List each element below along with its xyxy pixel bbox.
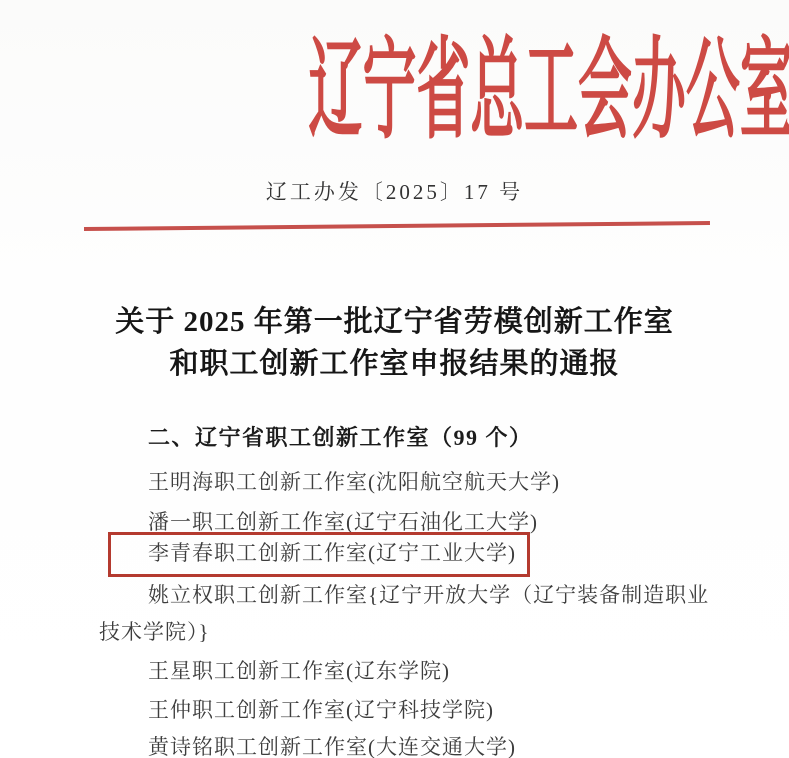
list-item: 王仲职工创新工作室(辽宁科技学院)	[99, 697, 494, 724]
document-title-line-2: 和职工创新工作室申报结果的通报	[0, 343, 789, 385]
scanned-document-page: 辽宁省总工会办公室文件 辽工办发〔2025〕17 号 关于 2025 年第一批辽…	[0, 0, 789, 758]
list-item-highlighted: 李青春职工创新工作室(辽宁工业大学)	[99, 532, 530, 577]
list-item: 王明海职工创新工作室(沈阳航空航天大学)	[99, 469, 560, 496]
highlight-box: 李青春职工创新工作室(辽宁工业大学)	[108, 532, 530, 577]
highlighted-item-text: 李青春职工创新工作室(辽宁工业大学)	[148, 541, 516, 565]
red-divider-line	[84, 221, 710, 231]
list-item: 王星职工创新工作室(辽东学院)	[99, 658, 450, 685]
list-item-line-2: 技术学院）}	[99, 619, 210, 646]
section-heading: 二、辽宁省职工创新工作室（99 个）	[148, 421, 533, 452]
doc-number: 辽工办发〔2025〕17 号	[0, 176, 789, 206]
document-title-line-1: 关于 2025 年第一批辽宁省劳模创新工作室	[0, 301, 789, 343]
document-header-banner: 辽宁省总工会办公室文件	[0, 36, 789, 146]
document-title: 关于 2025 年第一批辽宁省劳模创新工作室 和职工创新工作室申报结果的通报	[0, 301, 789, 385]
list-item: 黄诗铭职工创新工作室(大连交通大学)	[99, 734, 516, 758]
list-item-line-1: 姚立权职工创新工作室{辽宁开放大学（辽宁装备制造职业	[99, 582, 709, 609]
banner-title: 辽宁省总工会办公室文件	[309, 36, 789, 146]
